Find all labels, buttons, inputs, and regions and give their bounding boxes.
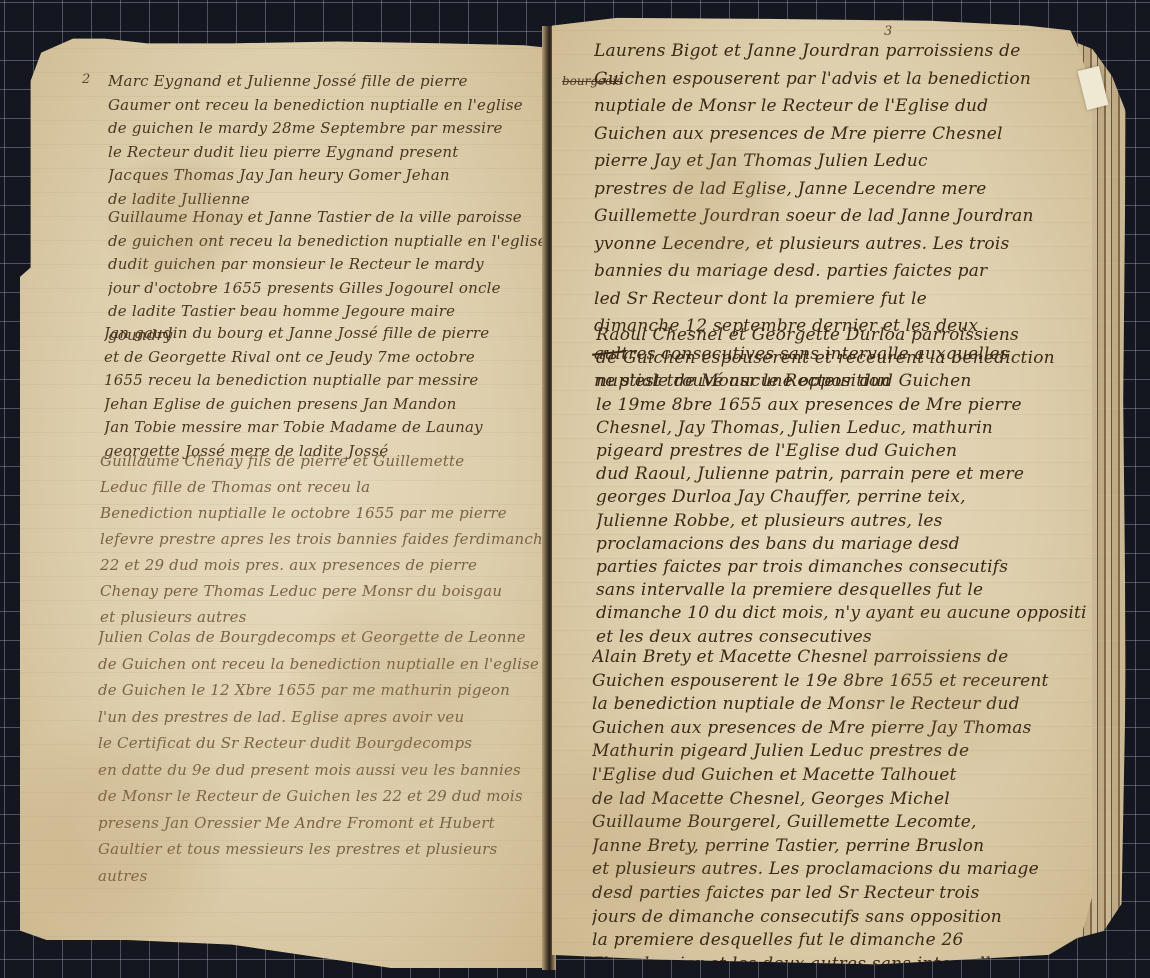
entry-line: Julienne Robbe, et plusieurs autres, les	[596, 510, 1086, 533]
entry-line: desd parties faictes par led Sr Recteur …	[592, 882, 1084, 906]
entry-line: Jehan Eglise de guichen presens Jan Mand…	[104, 393, 544, 417]
right-page: 3 bourgeois Laurens Bigot et Janne Jourd…	[552, 16, 1092, 974]
entry-line: en datte du 9e dud present mois aussi ve…	[98, 757, 546, 784]
folio-number-top: 3	[884, 24, 892, 39]
entry-line: 22 et 29 dud mois pres. aux presences de…	[100, 552, 545, 578]
entry-line: Guillaume Chenay fils de pierre et Guill…	[100, 448, 545, 474]
entry-line: jours de dimanche consecutifs sans oppos…	[592, 906, 1084, 930]
entry-line: parties faictes par trois dimanches cons…	[596, 556, 1086, 579]
entry-line: Jan gaudin du bourg et Janne Jossé fille…	[104, 322, 544, 346]
entry-line: Gaumer ont receu la benediction nuptiall…	[108, 94, 548, 118]
entry-line: Guillaume Bourgerel, Guillemette Lecomte…	[592, 811, 1084, 835]
entry-line: Janne Brety, perrine Tastier, perrine Br…	[592, 835, 1084, 859]
entry-line: dudit guichen par monsieur le Recteur le…	[108, 253, 548, 277]
entry-line: de lad Macette Chesnel, Georges Michel	[592, 788, 1084, 812]
entry-line: de Guichen espouserent et receurent la b…	[596, 347, 1086, 370]
entry-line: Leduc fille de Thomas ont receu la	[100, 474, 545, 500]
entry-line: de guichen ont receu la benediction nupt…	[108, 230, 548, 254]
entry-line: Guichen aux presences de Mre pierre Jay …	[592, 717, 1084, 741]
entry-line: bannies du mariage desd. parties faictes…	[594, 258, 1084, 286]
folio-number-corner: 2	[82, 72, 90, 87]
entry-line: 7bre dernier et les deux autres sans int…	[592, 953, 1084, 974]
entry-line: autres	[98, 863, 546, 890]
entry-line: Guichen aux presences de Mre pierre Ches…	[594, 121, 1084, 149]
entry-line: georges Durloa Jay Chauffer, perrine tei…	[596, 486, 1086, 509]
marriage-entry: Raoul Chesnel et Georgette Durloa parroi…	[596, 324, 1086, 649]
entry-line: de ladite Tastier beau homme Jegoure mai…	[108, 300, 548, 324]
marriage-entry: Julien Colas de Bourgdecomps et Georgett…	[98, 624, 546, 889]
open-register-book: 4 2 Marc Eygnand et Julienne Jossé fille…	[0, 0, 1150, 978]
entry-line: Guichen espouserent le 19e 8bre 1655 et …	[592, 670, 1084, 694]
entry-line: le Recteur dudit lieu pierre Eygnand pre…	[108, 141, 548, 165]
entry-line: presens Jan Oressier Me Andre Fromont et…	[98, 810, 546, 837]
entry-line: pigeard prestres de l'Eglise dud Guichen	[596, 440, 1086, 463]
marriage-entry: Jan gaudin du bourg et Janne Jossé fille…	[104, 322, 544, 463]
entry-line: Jan Tobie messire mar Tobie Madame de La…	[104, 416, 544, 440]
entry-line: et de Georgette Rival ont ce Jeudy 7me o…	[104, 346, 544, 370]
marriage-entry: Marc Eygnand et Julienne Jossé fille de …	[108, 70, 548, 211]
entry-line: Raoul Chesnel et Georgette Durloa parroi…	[596, 324, 1086, 347]
entry-line: de Monsr le Recteur de Guichen les 22 et…	[98, 783, 546, 810]
marriage-entry: Alain Brety et Macette Chesnel parroissi…	[592, 646, 1084, 974]
entry-line: Mathurin pigeard Julien Leduc prestres d…	[592, 740, 1084, 764]
entry-line: Laurens Bigot et Janne Jourdran parroiss…	[594, 38, 1084, 66]
entry-line: lefevre prestre apres les trois bannies …	[100, 526, 545, 552]
entry-line: sans intervalle la premiere desquelles f…	[596, 579, 1086, 602]
entry-line: dud Raoul, Julienne patrin, parrain pere…	[596, 463, 1086, 486]
entry-line: Jacques Thomas Jay Jan heury Gomer Jehan	[108, 164, 548, 188]
entry-line: le Certificat du Sr Recteur dudit Bourgd…	[98, 730, 546, 757]
entry-line: dimanche 10 du dict mois, n'y ayant eu a…	[596, 602, 1086, 625]
entry-line: l'un des prestres de lad. Eglise apres a…	[98, 704, 546, 731]
entry-line: led Sr Recteur dont la premiere fut le	[594, 286, 1084, 314]
entry-line: Benediction nuptialle le octobre 1655 pa…	[100, 500, 545, 526]
entry-line: de Guichen le 12 Xbre 1655 par me mathur…	[98, 677, 546, 704]
entry-line: l'Eglise dud Guichen et Macette Talhouet	[592, 764, 1084, 788]
entry-line: Chesnel, Jay Thomas, Julien Leduc, mathu…	[596, 417, 1086, 440]
entry-line: yvonne Lecendre, et plusieurs autres. Le…	[594, 231, 1084, 259]
entry-line: proclamacions des bans du mariage desd	[596, 533, 1086, 556]
entry-line: la premiere desquelles fut le dimanche 2…	[592, 929, 1084, 953]
entry-line: nuptiale de Monsr le Recteur de l'Eglise…	[594, 93, 1084, 121]
entry-line: Julien Colas de Bourgdecomps et Georgett…	[98, 624, 546, 651]
entry-line: de guichen le mardy 28me Septembre par m…	[108, 117, 548, 141]
entry-line: Guillaume Honay et Janne Tastier de la v…	[108, 206, 548, 230]
entry-line: Marc Eygnand et Julienne Jossé fille de …	[108, 70, 548, 94]
entry-line: Guichen espouserent par l'advis et la be…	[594, 66, 1084, 94]
entry-line: pierre Jay et Jan Thomas Julien Leduc	[594, 148, 1084, 176]
folio-number-top: 4	[238, 34, 246, 47]
entry-line: Alain Brety et Macette Chesnel parroissi…	[592, 646, 1084, 670]
entry-line: jour d'octobre 1655 presents Gilles Jogo…	[108, 277, 548, 301]
entry-line: Gaultier et tous messieurs les prestres …	[98, 836, 546, 863]
entry-line: le 19me 8bre 1655 aux presences de Mre p…	[596, 394, 1086, 417]
entry-line: et plusieurs autres. Les proclamacions d…	[592, 858, 1084, 882]
left-page: 4 2 Marc Eygnand et Julienne Jossé fille…	[20, 34, 550, 968]
marriage-entry: Guillaume Chenay fils de pierre et Guill…	[100, 448, 545, 630]
entry-line: la benediction nuptiale de Monsr le Rect…	[592, 693, 1084, 717]
entry-line: Guillemette Jourdran soeur de lad Janne …	[594, 203, 1084, 231]
entry-line: 1655 receu la benediction nuptialle par …	[104, 369, 544, 393]
entry-line: Chenay pere Thomas Leduc pere Monsr du b…	[100, 578, 545, 604]
entry-line: de Guichen ont receu la benediction nupt…	[98, 651, 546, 678]
entry-line: prestres de lad Eglise, Janne Lecendre m…	[594, 176, 1084, 204]
entry-line: nuptiale de Monsr le Recteur dud Guichen	[596, 370, 1086, 393]
